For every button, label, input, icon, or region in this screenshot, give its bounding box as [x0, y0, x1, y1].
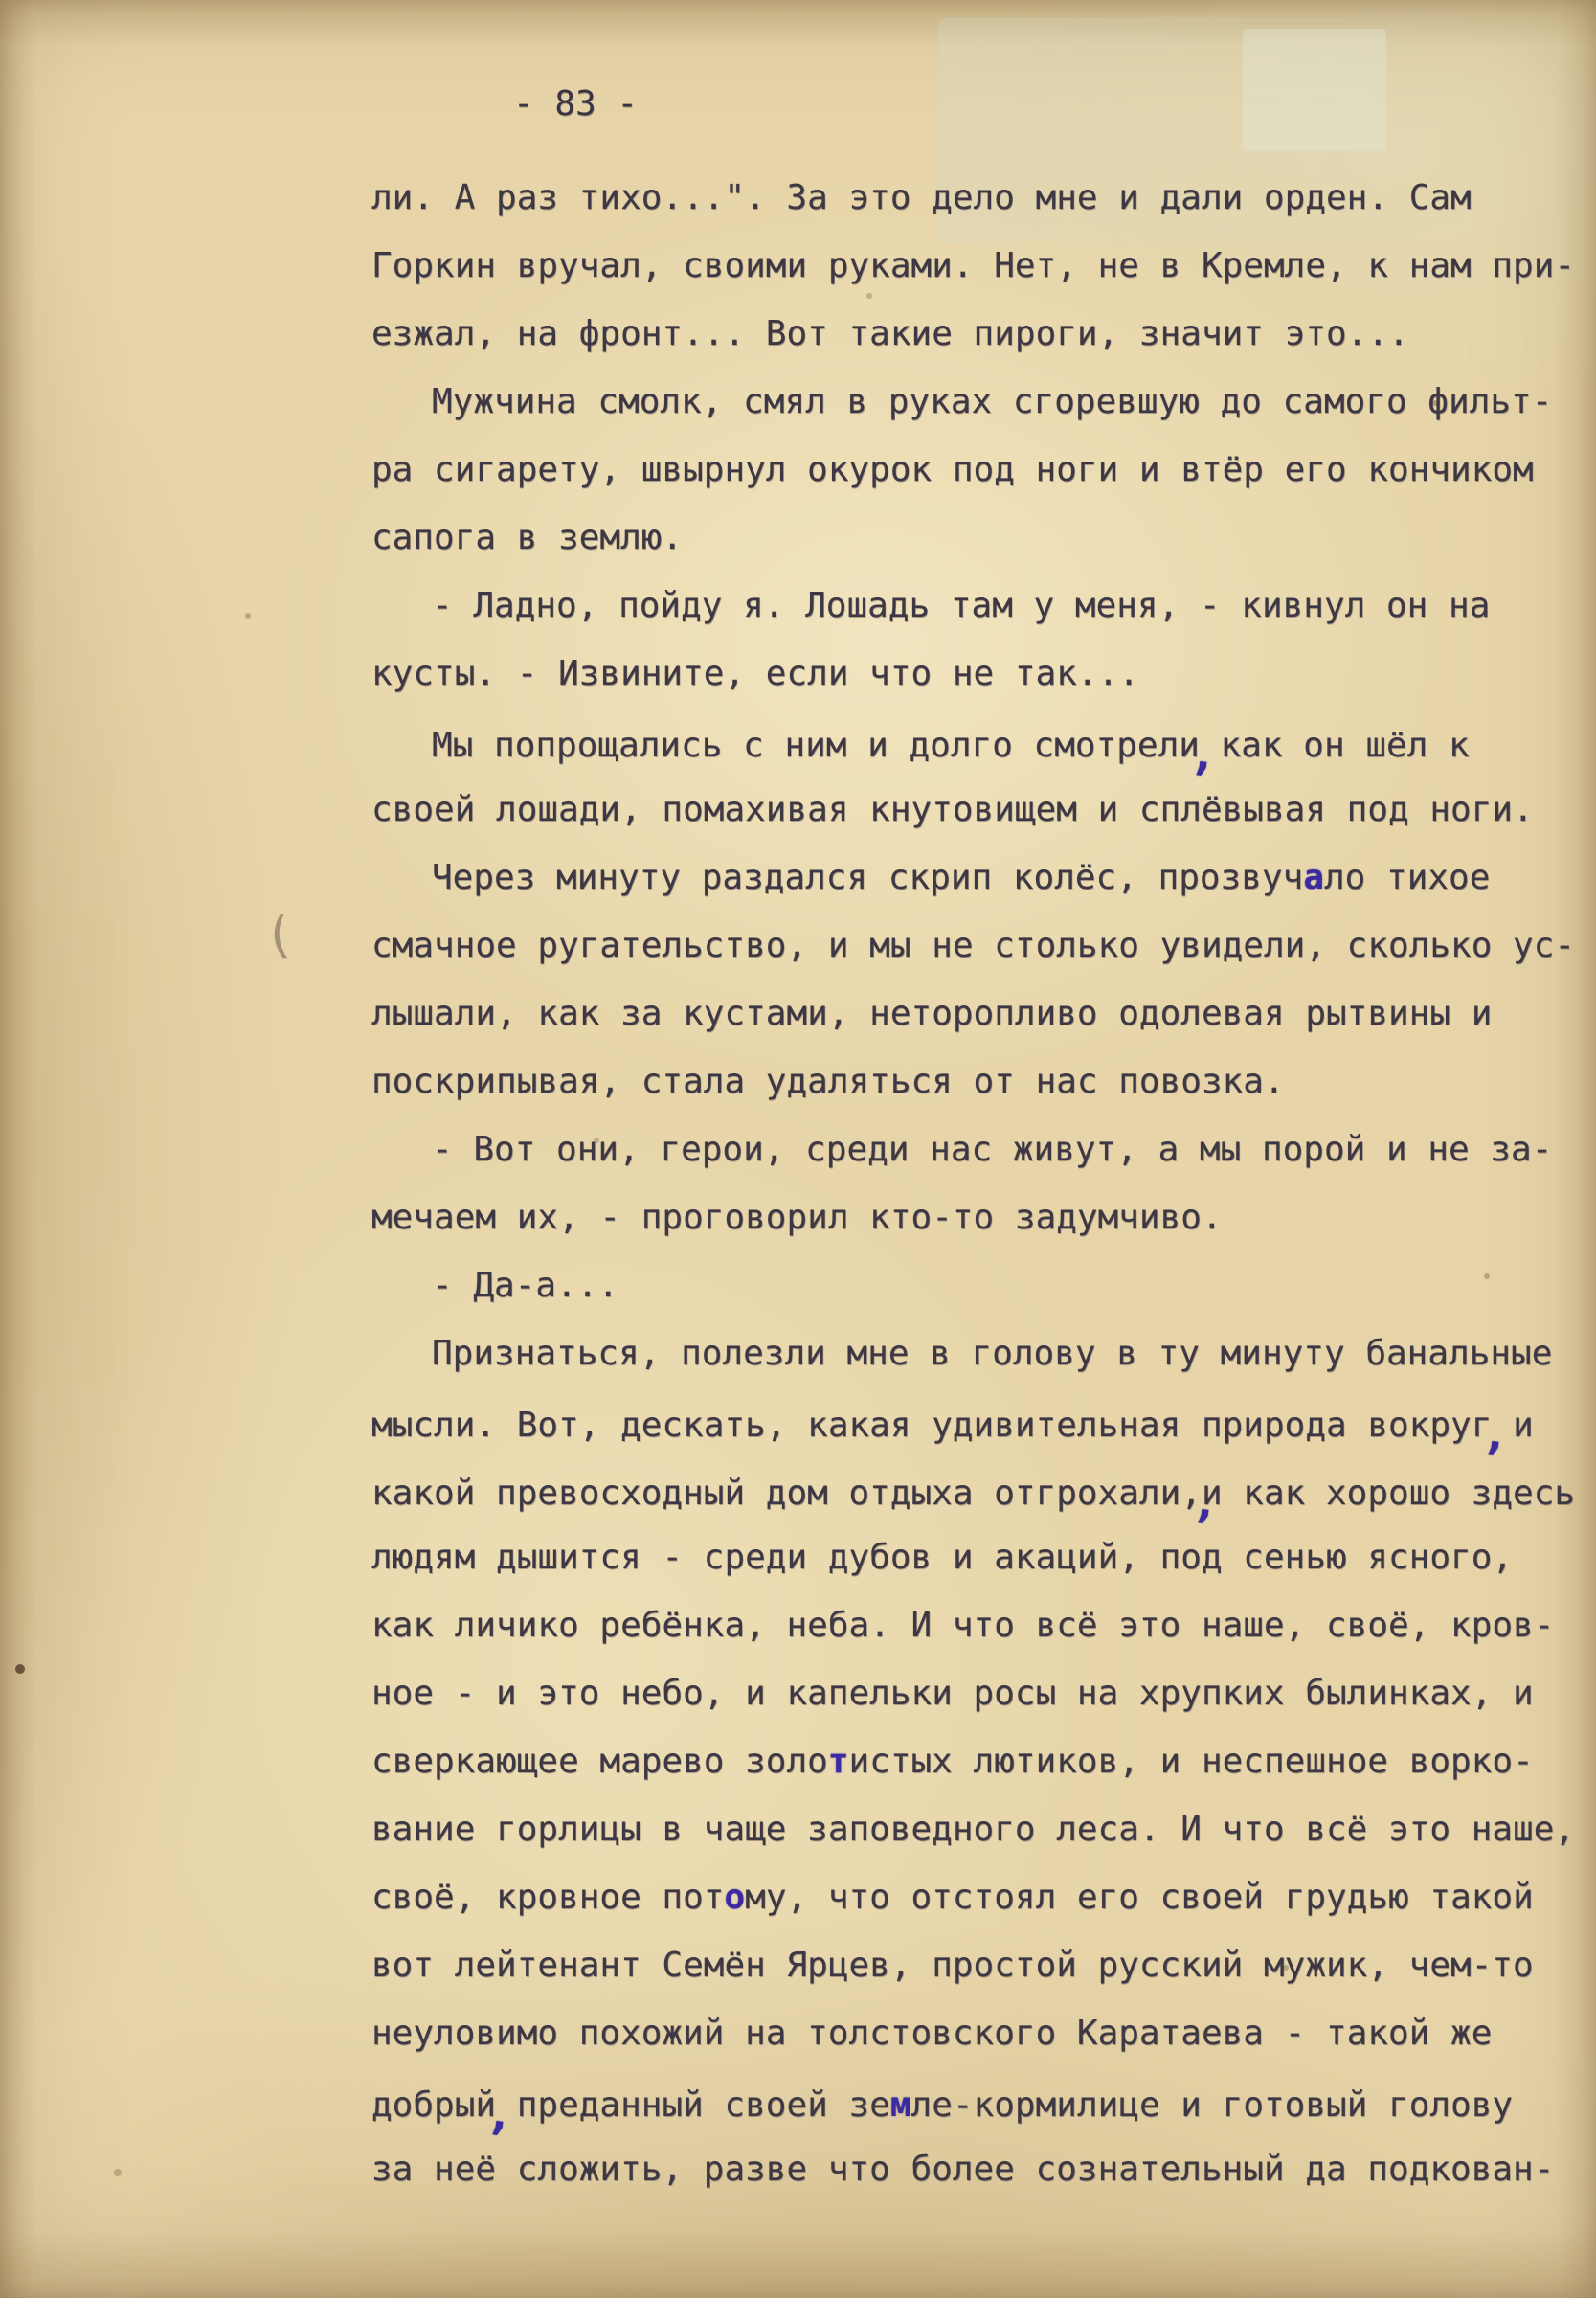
paper-speckles — [0, 0, 6, 6]
typed-text: сапога в землю. — [371, 518, 683, 557]
typed-line: Признаться, полезли мне в голову в ту ми… — [371, 1319, 1596, 1387]
typed-line: сверкающее марево золотистых лютиков, и … — [371, 1727, 1596, 1795]
typed-line: поскрипывая, стала удаляться от нас пово… — [371, 1048, 1596, 1115]
typed-text: смачное ругательство, и мы не столько ув… — [371, 926, 1575, 965]
typed-line: смачное ругательство, и мы не столько ув… — [371, 912, 1596, 980]
typed-line: - Да-а... — [371, 1251, 1596, 1319]
typed-line: неуловимо похожий на толстовского Карата… — [371, 1999, 1596, 2067]
typed-line: езжал, на фронт... Вот такие пироги, зна… — [371, 300, 1596, 368]
typed-text: ле-кормилице и готовый голову — [911, 2085, 1514, 2125]
typed-line: кусты. - Извините, если что не так... — [371, 640, 1596, 708]
typed-text: Горкин вручал, своими руками. Нет, не в … — [371, 246, 1575, 285]
typed-lines: ли. А раз тихо...". За это дело мне и да… — [371, 164, 1596, 2203]
typed-line: Мужчина смолк, смял в руках сгоревшую до… — [371, 368, 1596, 436]
typed-line: - Вот они, герои, среди нас живут, а мы … — [371, 1115, 1596, 1183]
handwritten-correction: т — [828, 1742, 849, 1781]
typed-line: Мы попрощались с ним и долго смотрели, к… — [371, 708, 1596, 776]
typed-line: ли. А раз тихо...". За это дело мне и да… — [371, 164, 1596, 232]
typed-text: Признаться, полезли мне в голову в ту ми… — [432, 1334, 1552, 1373]
typed-text: за неё сложить, разве что более сознател… — [371, 2150, 1554, 2189]
typed-text: и как хорошо здесь — [1202, 1474, 1575, 1513]
typed-text: вот лейтенант Семён Ярцев, простой русск… — [371, 1946, 1534, 1985]
typed-line: своё, кровное потому, что отстоял его св… — [371, 1863, 1596, 1931]
typed-text: своё, кровное пот — [371, 1878, 724, 1917]
typed-text: мысли. Вот, дескать, какая удивительная … — [371, 1406, 1492, 1445]
typed-text: вание горлицы в чаще заповедного леса. И… — [371, 1810, 1575, 1849]
typed-text: ло тихое — [1324, 858, 1490, 897]
typed-text: Через минуту раздался скрип колёс, прозв… — [432, 858, 1303, 897]
typed-line: вот лейтенант Семён Ярцев, простой русск… — [371, 1931, 1596, 1999]
typed-line: мечаем их, - проговорил кто-то задумчиво… — [371, 1183, 1596, 1251]
typed-line: Через минуту раздался скрип колёс, прозв… — [371, 844, 1596, 912]
typed-line: вание горлицы в чаще заповедного леса. И… — [371, 1795, 1596, 1863]
ghost-stain-square — [1243, 29, 1386, 151]
typed-text: как личико ребёнка, неба. И что всё это … — [371, 1606, 1554, 1645]
handwritten-correction: а — [1303, 858, 1324, 897]
typed-text: - Вот они, герои, среди нас живут, а мы … — [432, 1130, 1552, 1169]
typed-line: сапога в землю. — [371, 504, 1596, 572]
typed-text: езжал, на фронт... Вот такие пироги, зна… — [371, 314, 1409, 353]
typed-line: ра сигарету, швырнул окурок под ноги и в… — [371, 436, 1596, 504]
typed-line: - Ладно, пойду я. Лошадь там у меня, - к… — [371, 572, 1596, 640]
handwritten-correction: м — [890, 2085, 911, 2125]
page-number: - 83 - — [512, 84, 639, 124]
typed-text: неуловимо похожий на толстовского Карата… — [371, 2014, 1492, 2053]
typed-text: лышали, как за кустами, неторопливо одол… — [371, 994, 1492, 1033]
typed-text: людям дышится - среди дубов и акаций, по… — [371, 1538, 1513, 1577]
handwritten-correction: о — [724, 1878, 745, 1917]
typed-text: поскрипывая, стала удаляться от нас пово… — [371, 1062, 1285, 1101]
typed-line: как личико ребёнка, неба. И что всё это … — [371, 1591, 1596, 1659]
typed-text: какой превосходный дом отдыха отгрохали, — [371, 1474, 1202, 1513]
typed-text: мечаем их, - проговорил кто-то задумчиво… — [371, 1198, 1223, 1237]
typed-text: добрый — [371, 2085, 496, 2125]
typed-text: истых лютиков, и неспешное ворко- — [849, 1742, 1534, 1781]
typed-text: му, что отстоял его своей грудью такой — [745, 1878, 1534, 1917]
typed-text: Мы попрощались с ним и долго смотрели — [432, 726, 1200, 765]
typed-line: мысли. Вот, дескать, какая удивительная … — [371, 1387, 1596, 1455]
typed-line: лышали, как за кустами, неторопливо одол… — [371, 980, 1596, 1048]
typed-line: Горкин вручал, своими руками. Нет, не в … — [371, 232, 1596, 300]
typed-line: какой превосходный дом отдыха отгрохали,… — [371, 1455, 1596, 1523]
typed-text: преданный своей зе — [496, 2085, 890, 2125]
typed-line: добрый, преданный своей земле-кормилице … — [371, 2067, 1596, 2135]
typed-text: кусты. - Извините, если что не так... — [371, 654, 1139, 693]
typed-text: своей лошади, помахивая кнутовищем и спл… — [371, 790, 1534, 829]
typed-text: - Да-а... — [432, 1266, 618, 1305]
typed-line: людям дышится - среди дубов и акаций, по… — [371, 1523, 1596, 1591]
typed-line: ное - и это небо, и капельки росы на хру… — [371, 1659, 1596, 1727]
margin-paren-mark: ( — [261, 907, 296, 967]
typed-text: ное - и это небо, и капельки росы на хру… — [371, 1674, 1534, 1713]
typed-text: ра сигарету, швырнул окурок под ноги и в… — [371, 450, 1534, 489]
typed-line: за неё сложить, разве что более сознател… — [371, 2135, 1596, 2203]
typed-text: Мужчина смолк, смял в руках сгоревшую до… — [432, 382, 1552, 421]
typed-text: ли. А раз тихо...". За это дело мне и да… — [371, 178, 1472, 217]
typed-line: своей лошади, помахивая кнутовищем и спл… — [371, 776, 1596, 844]
typed-text: - Ладно, пойду я. Лошадь там у меня, - к… — [432, 586, 1490, 625]
typed-text: как он шёл к — [1200, 726, 1470, 765]
typed-text: сверкающее марево золо — [371, 1742, 828, 1781]
